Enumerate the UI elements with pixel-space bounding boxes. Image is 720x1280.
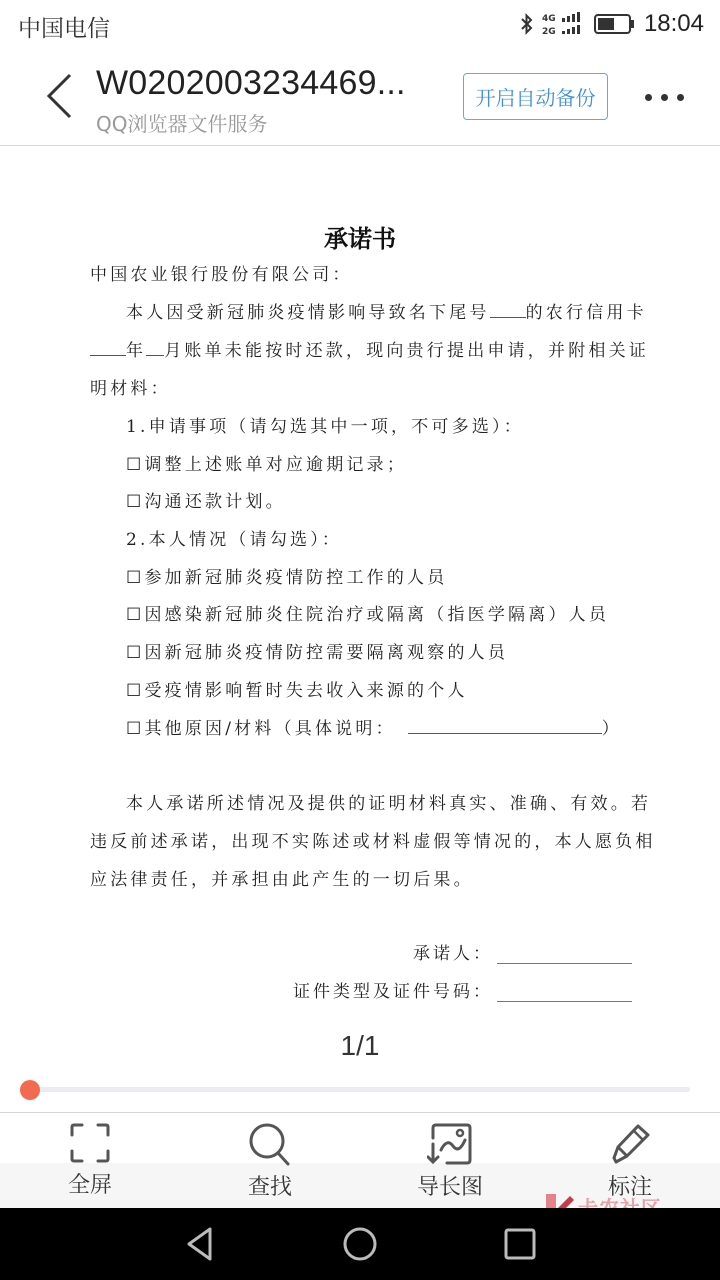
status-bar: 中国电信 4G 2G 18:04 (0, 0, 720, 50)
text-span: ） (602, 719, 622, 739)
checkbox-option: ☐受疫情影响暂时失去收入来源的个人 (126, 676, 468, 701)
page-indicator: 1/1 (0, 1030, 720, 1062)
blank-field (497, 986, 632, 1002)
nav-recents-button[interactable] (490, 1222, 550, 1266)
chevron-left-icon (44, 72, 74, 120)
checkbox-option-other: ☐其他原因/材料（具体说明：） (126, 714, 622, 739)
blank-field (90, 342, 126, 356)
export-long-image-icon (427, 1122, 473, 1166)
nav-home-icon (342, 1226, 378, 1262)
more-dot-icon (661, 94, 668, 101)
tool-label: 标注 (608, 1170, 652, 1201)
page-progress-slider[interactable] (20, 1076, 690, 1104)
section-heading: 2.本人情况（请勾选）： (126, 525, 342, 550)
status-icons: 4G 2G 18:04 (520, 9, 704, 39)
back-button[interactable] (36, 68, 82, 124)
paragraph-line: 本人因受新冠肺炎疫情影响导致名下尾号的农行信用卡 (126, 298, 647, 323)
section-heading: 1.申请事项（请勾选其中一项，不可多选）： (126, 412, 524, 437)
checkbox-option: ☐沟通还款计划。 (126, 487, 286, 512)
pen-annotate-icon (608, 1122, 652, 1166)
carrier-name: 中国电信 (18, 10, 110, 43)
addressee: 中国农业银行股份有限公司： (90, 260, 353, 285)
bluetooth-icon (520, 12, 534, 36)
paragraph-line: 明材料： (90, 374, 171, 399)
checkbox-option: ☐调整上述账单对应逾期记录； (126, 450, 407, 475)
signer-row: 承诺人： (413, 939, 632, 964)
more-dot-icon (677, 94, 684, 101)
svg-text:4G: 4G (542, 14, 556, 24)
tool-label: 导长图 (417, 1170, 483, 1201)
annotate-button[interactable]: 标注 (570, 1113, 690, 1209)
battery-icon (594, 13, 636, 35)
pledge-line: 应法律责任，并承担由此产生的一切后果。 (90, 865, 474, 890)
pledge-line: 违反前述承诺，出现不实陈述或材料虚假等情况的，本人愿负相 (90, 827, 656, 852)
export-long-image-button[interactable]: 导长图 (390, 1113, 510, 1209)
text-span: ☐其他原因/材料（具体说明： (126, 719, 396, 739)
fullscreen-icon (69, 1122, 111, 1164)
document-title: 承诺书 (0, 219, 720, 254)
blank-field (146, 342, 164, 356)
find-button[interactable]: 查找 (210, 1113, 330, 1209)
blank-field (490, 304, 526, 318)
checkbox-option: ☐因新冠肺炎疫情防控需要隔离观察的人员 (126, 638, 508, 663)
enable-auto-backup-button[interactable]: 开启自动备份 (463, 73, 608, 120)
more-dot-icon (645, 94, 652, 101)
checkbox-option: ☐因感染新冠肺炎住院治疗或隔离（指医学隔离）人员 (126, 600, 609, 625)
bottom-toolbar: 全屏 查找 导长图 标注 (0, 1112, 720, 1208)
signer-label: 承诺人： (413, 939, 493, 964)
fullscreen-button[interactable]: 全屏 (30, 1113, 150, 1209)
app-header: W0202003234469... QQ浏览器文件服务 开启自动备份 (0, 50, 720, 146)
nav-home-button[interactable] (330, 1222, 390, 1266)
paragraph-line: 年月账单未能按时还款，现向贵行提出申请，并附相关证 (90, 336, 649, 361)
file-subtitle: QQ浏览器文件服务 (96, 108, 267, 137)
nav-recents-icon (503, 1227, 537, 1261)
svg-text:2G: 2G (542, 27, 556, 37)
id-label: 证件类型及证件号码： (293, 977, 493, 1002)
file-title: W0202003234469... (96, 64, 406, 103)
slider-track[interactable] (30, 1087, 690, 1092)
pledge-line: 本人承诺所述情况及提供的证明材料真实、准确、有效。若 (126, 789, 651, 814)
signal-icon: 4G 2G (542, 11, 586, 37)
system-nav-bar (0, 1208, 720, 1280)
text-span: 本人因受新冠肺炎疫情影响导致名下尾号 (126, 303, 490, 323)
more-button[interactable] (636, 80, 692, 114)
id-row: 证件类型及证件号码： (293, 977, 632, 1002)
clock: 18:04 (644, 10, 704, 38)
text-span: 的农行信用卡 (526, 303, 647, 323)
text-span: 年 (126, 341, 146, 361)
blank-field (497, 948, 632, 964)
tool-label: 查找 (248, 1170, 292, 1201)
blank-field (408, 720, 602, 734)
nav-back-button[interactable] (170, 1222, 230, 1266)
text-span: 月账单未能按时还款，现向贵行提出申请，并附相关证 (164, 341, 649, 361)
search-icon (248, 1122, 292, 1166)
nav-back-icon (184, 1226, 216, 1262)
slider-thumb[interactable] (20, 1080, 40, 1100)
document-page[interactable]: 承诺书 中国农业银行股份有限公司： 本人因受新冠肺炎疫情影响导致名下尾号的农行信… (0, 147, 720, 1077)
tool-label: 全屏 (68, 1168, 112, 1199)
checkbox-option: ☐参加新冠肺炎疫情防控工作的人员 (126, 563, 447, 588)
